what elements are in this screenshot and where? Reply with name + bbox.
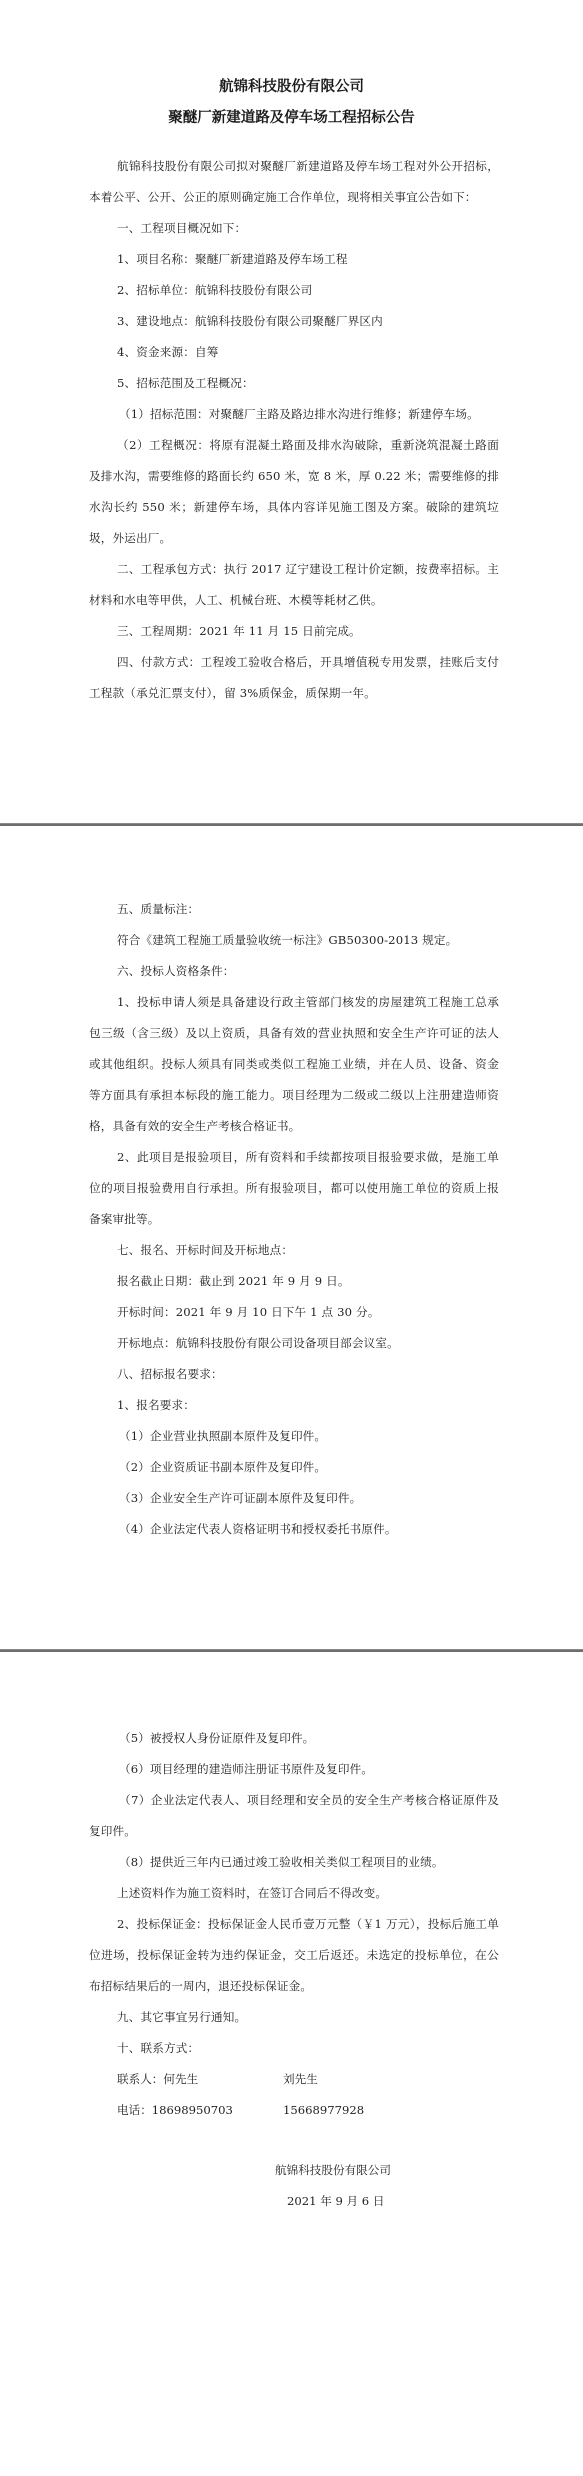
page-3-body: （5）被授权人身份证原件及复印件。 （6）项目经理的建造师注册证书原件及复印件。… (89, 1723, 499, 2126)
requirement-3: （3）企业安全生产许可证副本原件及复印件。 (89, 1483, 499, 1514)
bid-opening-place: 开标地点：航锦科技股份有限公司设备项目部会议室。 (89, 1328, 499, 1359)
section-5-text: 符合《建筑工程施工质量验收统一标注》GB50300-2013 规定。 (89, 925, 499, 956)
bid-opening-time: 开标时间：2021 年 9 月 10 日下午 1 点 30 分。 (89, 1297, 499, 1328)
requirement-4: （4）企业法定代表人资格证明书和授权委托书原件。 (89, 1514, 499, 1545)
section-10-heading: 十、联系方式： (89, 2033, 499, 2064)
project-overview: （2）工程概况：将原有混凝土路面及排水沟破除，重新浇筑混凝土路面及排水沟，需要维… (89, 430, 499, 554)
contact-persons-row: 联系人：何先生 刘先生 (89, 2064, 499, 2095)
section-4-payment: 四、付款方式：工程竣工验收合格后，开具增值税专用发票，挂账后支付工程款（承兑汇票… (89, 647, 499, 709)
materials-note: 上述资料作为施工资料时，在签订合同后不得改变。 (89, 1878, 499, 1909)
section-2-contract-method: 二、工程承包方式：执行 2017 辽宁建设工程计价定额，按费率招标。主材料和水电… (89, 554, 499, 616)
intro-paragraph: 航锦科技股份有限公司拟对聚醚厂新建道路及停车场工程对外公开招标，本着公平、公开、… (89, 151, 499, 213)
signature-company: 航锦科技股份有限公司 (275, 2155, 391, 2186)
contact-person-2: 刘先生 (283, 2064, 318, 2095)
signature-date: 2021 年 9 月 6 日 (287, 2186, 384, 2217)
company-title: 航锦科技股份有限公司 (0, 72, 583, 103)
contact-phone-1: 电话：18698950703 (117, 2095, 283, 2126)
registration-requirements-heading: 1、报名要求： (89, 1390, 499, 1421)
requirement-2: （2）企业资质证书副本原件及复印件。 (89, 1452, 499, 1483)
section-6-heading: 六、投标人资格条件： (89, 956, 499, 987)
requirement-8: （8）提供近三年内已通过竣工验收相关类似工程项目的业绩。 (89, 1847, 499, 1878)
requirement-7: （7）企业法定代表人、项目经理和安全员的安全生产考核合格证原件及复印件。 (89, 1785, 499, 1847)
section-9-other: 九、其它事宜另行通知。 (89, 2002, 499, 2033)
section-7-heading: 七、报名、开标时间及开标地点： (89, 1235, 499, 1266)
section-3-duration: 三、工程周期：2021 年 11 月 15 日前完成。 (89, 616, 499, 647)
section-5-heading: 五、质量标注： (89, 894, 499, 925)
contact-phone-2: 15668977928 (283, 2095, 364, 2126)
page-2: 五、质量标注： 符合《建筑工程施工质量验收统一标注》GB50300-2013 规… (0, 826, 583, 1649)
requirement-1: （1）企业营业执照副本原件及复印件。 (89, 1421, 499, 1452)
section-8-heading: 八、招标报名要求： (89, 1359, 499, 1390)
page-1: 航锦科技股份有限公司 聚醚厂新建道路及停车场工程招标公告 航锦科技股份有限公司拟… (0, 0, 583, 823)
requirement-5: （5）被授权人身份证原件及复印件。 (89, 1723, 499, 1754)
page-1-body: 航锦科技股份有限公司拟对聚醚厂新建道路及停车场工程对外公开招标，本着公平、公开、… (89, 151, 499, 709)
funding-source: 4、资金来源：自筹 (89, 337, 499, 368)
tender-unit: 2、招标单位：航锦科技股份有限公司 (89, 275, 499, 306)
requirement-6: （6）项目经理的建造师注册证书原件及复印件。 (89, 1754, 499, 1785)
document-title: 聚醚厂新建道路及停车场工程招标公告 (0, 103, 583, 134)
qualification-1: 1、投标申请人须是具备建设行政主管部门核发的房屋建筑工程施工总承包三级（含三级）… (89, 987, 499, 1142)
registration-deadline: 报名截止日期：截止到 2021 年 9 月 9 日。 (89, 1266, 499, 1297)
section-1-heading: 一、工程项目概况如下： (89, 213, 499, 244)
qualification-2: 2、此项目是报验项目，所有资料和手续都按项目报验要求做，是施工单位的项目报验费用… (89, 1142, 499, 1235)
contact-phones-row: 电话：18698950703 15668977928 (89, 2095, 499, 2126)
scope-heading: 5、招标范围及工程概况： (89, 368, 499, 399)
page-2-body: 五、质量标注： 符合《建筑工程施工质量验收统一标注》GB50300-2013 规… (89, 894, 499, 1545)
page-3: （5）被授权人身份证原件及复印件。 （6）项目经理的建造师注册证书原件及复印件。… (0, 1652, 583, 2476)
project-name: 1、项目名称：聚醚厂新建道路及停车场工程 (89, 244, 499, 275)
contact-person-1: 联系人：何先生 (117, 2064, 283, 2095)
bid-deposit: 2、投标保证金：投标保证金人民币壹万元整（￥1 万元），投标后施工单位进场，投标… (89, 1909, 499, 2002)
construction-site: 3、建设地点：航锦科技股份有限公司聚醚厂界区内 (89, 306, 499, 337)
tender-scope: （1）招标范围：对聚醚厂主路及路边排水沟进行维修；新建停车场。 (89, 399, 499, 430)
